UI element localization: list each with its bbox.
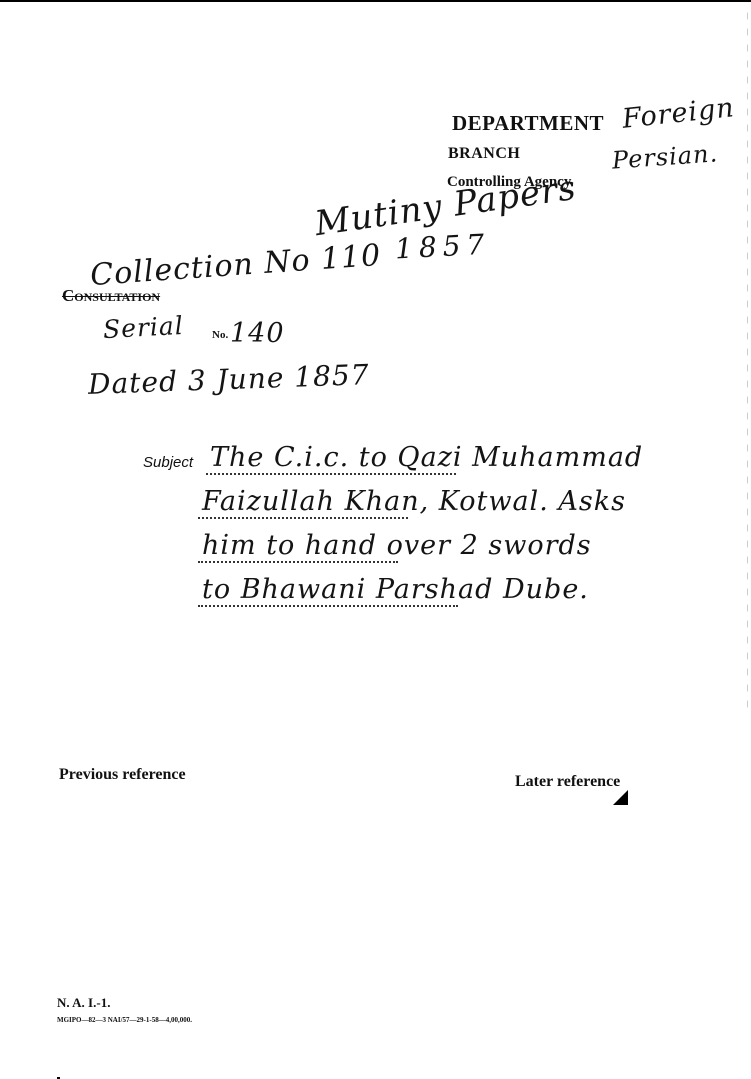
subject-line-text: to Bhawani Parshad Dube. [202, 576, 589, 603]
collection-number: Collection No 110 [89, 238, 382, 293]
subject-line-text: Faizullah Khan, Kotwal. Asks [202, 488, 626, 515]
number-label: No. [212, 329, 228, 341]
subject-line: to Bhawani Parshad Dube. [198, 564, 458, 607]
subject-line-text: him to hand over 2 swords [202, 532, 592, 559]
later-reference-label: Later reference [515, 773, 620, 791]
subject-label: Subject [143, 454, 193, 471]
subject-line: him to hand over 2 swords [198, 520, 398, 563]
branch-label: BRANCH [448, 145, 520, 163]
department-label: DEPARTMENT [452, 111, 604, 136]
form-id: N. A. I.-1. [57, 995, 110, 1011]
top-border [0, 0, 751, 2]
subject-line: The C.i.c. to Qazi Muhammad [206, 432, 456, 475]
corner-triangle-mark [613, 790, 628, 805]
previous-reference-label: Previous reference [59, 766, 186, 784]
serial-number: 140 [230, 318, 285, 349]
collection-year: 1857 [394, 228, 491, 266]
subject-line-text: The C.i.c. to Qazi Muhammad [210, 444, 643, 471]
print-imprint-line: MGIPO—82—3 NAI/57—29-1-58—4,00,000. [57, 1016, 192, 1024]
serial-label-handwritten: Serial [102, 311, 184, 344]
subject-field: The C.i.c. to Qazi Muhammad Faizullah Kh… [198, 432, 751, 608]
consultation-label-struck: Consultation [62, 286, 160, 306]
department-value: Foreign [621, 92, 736, 135]
branch-value: Persian. [611, 139, 719, 174]
subject-line: Faizullah Khan, Kotwal. Asks [198, 476, 408, 519]
date-value: Dated 3 June 1857 [88, 358, 371, 401]
